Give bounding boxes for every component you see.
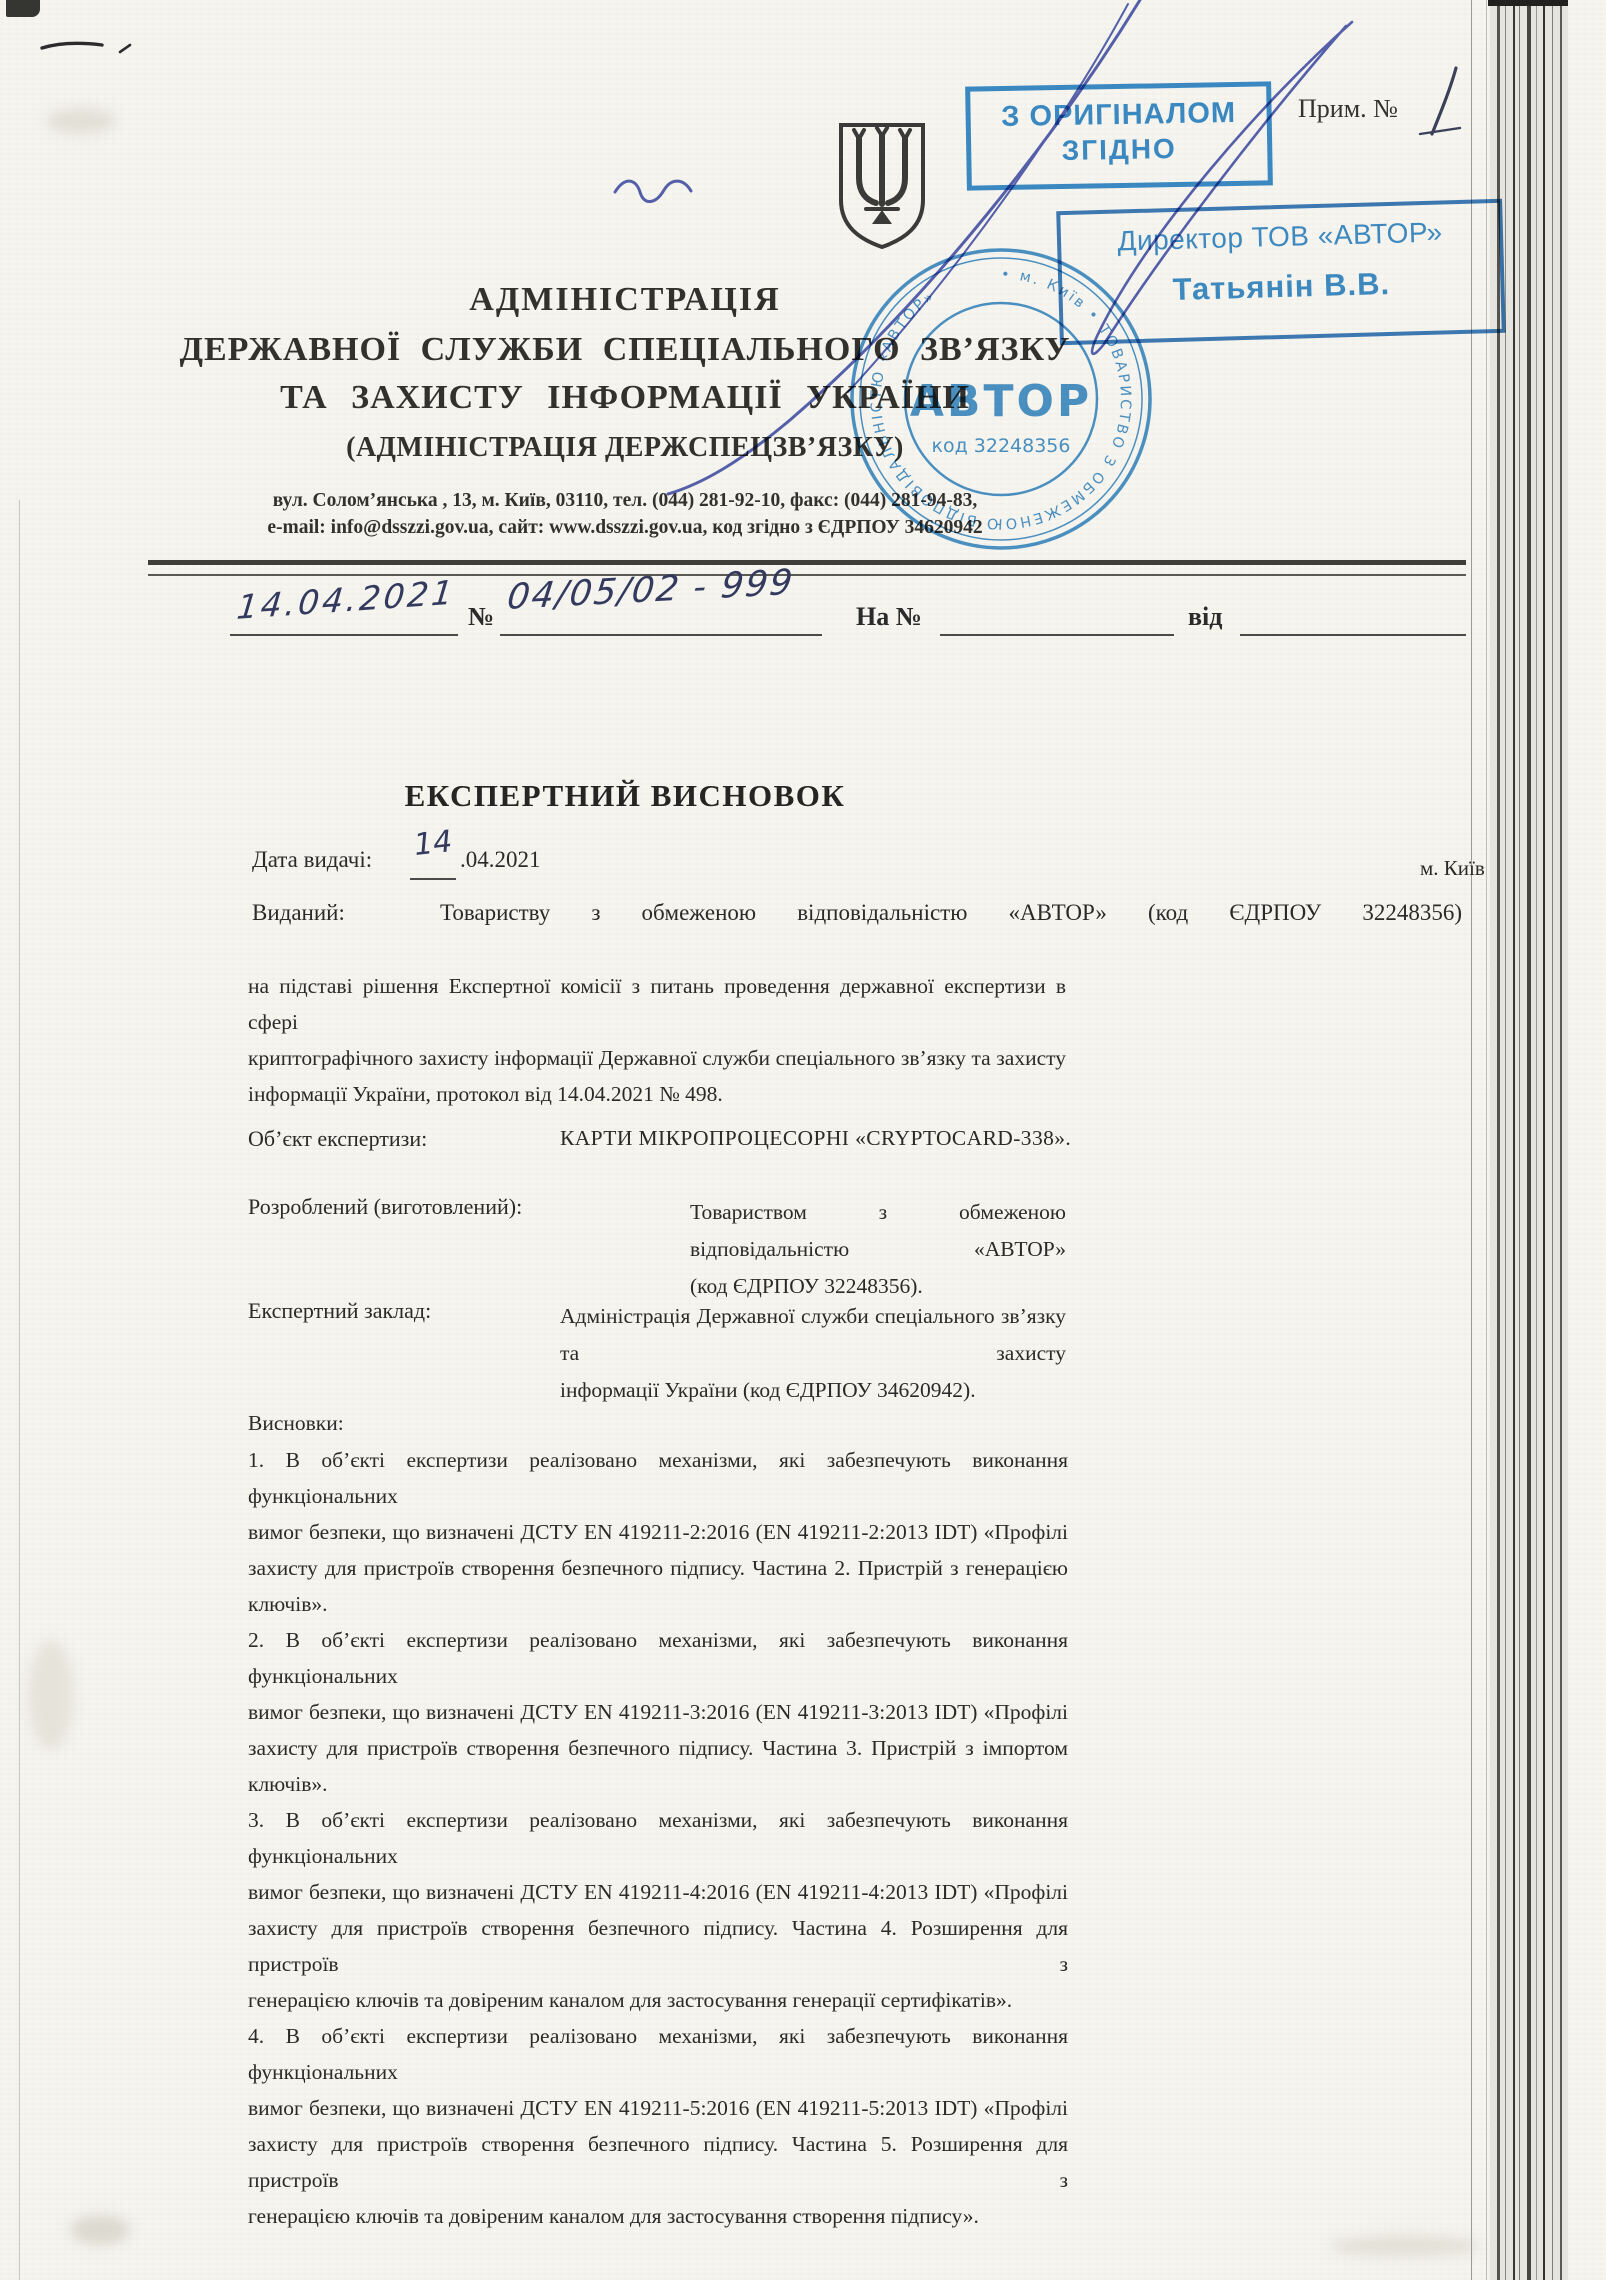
conclusions-section: Висновки: 1. В об’єкті експертизи реаліз… (248, 1404, 1068, 2234)
developer-label: Розроблений (виготовлений): (248, 1194, 522, 1220)
conclusion-item-3: 3. В об’єкті експертизи реалізовано меха… (248, 1802, 1068, 2018)
text-line: захисту для пристроїв створення безпечно… (248, 1550, 1068, 1586)
text-line: захисту для пристроїв створення безпечно… (248, 2126, 1068, 2198)
text-line: вимог безпеки, що визначені ДСТУ EN 4192… (248, 1694, 1068, 1730)
ref-underline-4 (1240, 634, 1466, 636)
pen-signature-strokes (0, 0, 1606, 560)
text-line: 3. В об’єкті експертизи реалізовано меха… (248, 1802, 1068, 1874)
ref-number-sign: № (468, 602, 494, 632)
object-label: Об’єкт експертизи: (248, 1126, 427, 1152)
conclusions-heading: Висновки: (248, 1404, 1068, 1442)
ref-underline-1 (230, 634, 458, 636)
text-line: Адміністрація Державної служби спеціальн… (560, 1298, 1066, 1372)
basis-paragraph: на підставі рішення Експертної комісії з… (248, 968, 1066, 1112)
city: м. Київ (1420, 856, 1485, 881)
text-line: генерацією ключів та довіреним каналом д… (248, 2198, 1068, 2234)
text-line: інформації України, протокол від 14.04.2… (248, 1076, 1066, 1112)
scan-smudge (28, 1640, 74, 1750)
conclusion-item-1: 1. В об’єкті експертизи реалізовано меха… (248, 1442, 1068, 1622)
issue-date-label: Дата видачі: (252, 847, 372, 873)
text-line: генерацією ключів та довіреним каналом д… (248, 1982, 1068, 2018)
expert-value: Адміністрація Державної служби спеціальн… (560, 1298, 1066, 1409)
text-line: захисту для пристроїв створення безпечно… (248, 1730, 1068, 1766)
conclusion-item-2: 2. В об’єкті експертизи реалізовано меха… (248, 1622, 1068, 1802)
ref-na-no-label: На № (856, 602, 922, 632)
doc-title: ЕКСПЕРТНИЙ ВИСНОВОК (150, 778, 1100, 814)
developer-value: Товариством з обмеженою відповідальністю… (690, 1194, 1066, 1305)
ref-date-handwritten: 14.04.2021 (235, 572, 458, 627)
issue-date-rest: .04.2021 (460, 847, 541, 873)
ref-underline-3 (940, 634, 1174, 636)
text-line: вимог безпеки, що визначені ДСТУ EN 4192… (248, 1514, 1068, 1550)
issued-value: Товариству з обмеженою відповідальністю … (440, 900, 1462, 926)
object-value: КАРТИ МІКРОПРОЦЕСОРНІ «CRYPTOCARD-338». (560, 1126, 1071, 1151)
text-line: ключів». (248, 1586, 1068, 1622)
issued-label: Виданий: (252, 900, 345, 926)
issue-date-underline (410, 878, 456, 880)
letterhead-divider (148, 560, 1466, 576)
text-line: ключів». (248, 1766, 1068, 1802)
text-line: вимог безпеки, що визначені ДСТУ EN 4192… (248, 2090, 1068, 2126)
text-line: на підставі рішення Експертної комісії з… (248, 968, 1066, 1040)
scan-left-edge-line (19, 500, 20, 2280)
text-line: Товариством з обмеженою відповідальністю… (690, 1194, 1066, 1268)
text-line: 1. В об’єкті експертизи реалізовано меха… (248, 1442, 1068, 1514)
scanned-document-page: Прим. № АДМІНІСТРАЦІЯ ДЕРЖАВНОЇ СЛУЖБИ С… (0, 0, 1606, 2280)
text-line: вимог безпеки, що визначені ДСТУ EN 4192… (248, 1874, 1068, 1910)
text-line: криптографічного захисту інформації Держ… (248, 1040, 1066, 1076)
issue-date-day-handwritten: 14 (412, 824, 454, 863)
text-line: 2. В об’єкті експертизи реалізовано меха… (248, 1622, 1068, 1694)
text-line: 4. В об’єкті експертизи реалізовано меха… (248, 2018, 1068, 2090)
ref-underline-2 (500, 634, 822, 636)
expert-label: Експертний заклад: (248, 1298, 431, 1324)
text-line: захисту для пристроїв створення безпечно… (248, 1910, 1068, 1982)
ref-vid-label: від (1188, 602, 1222, 632)
conclusion-item-4: 4. В об’єкті експертизи реалізовано меха… (248, 2018, 1068, 2234)
scan-smudge (70, 2215, 130, 2245)
scan-smudge (1330, 2235, 1480, 2257)
